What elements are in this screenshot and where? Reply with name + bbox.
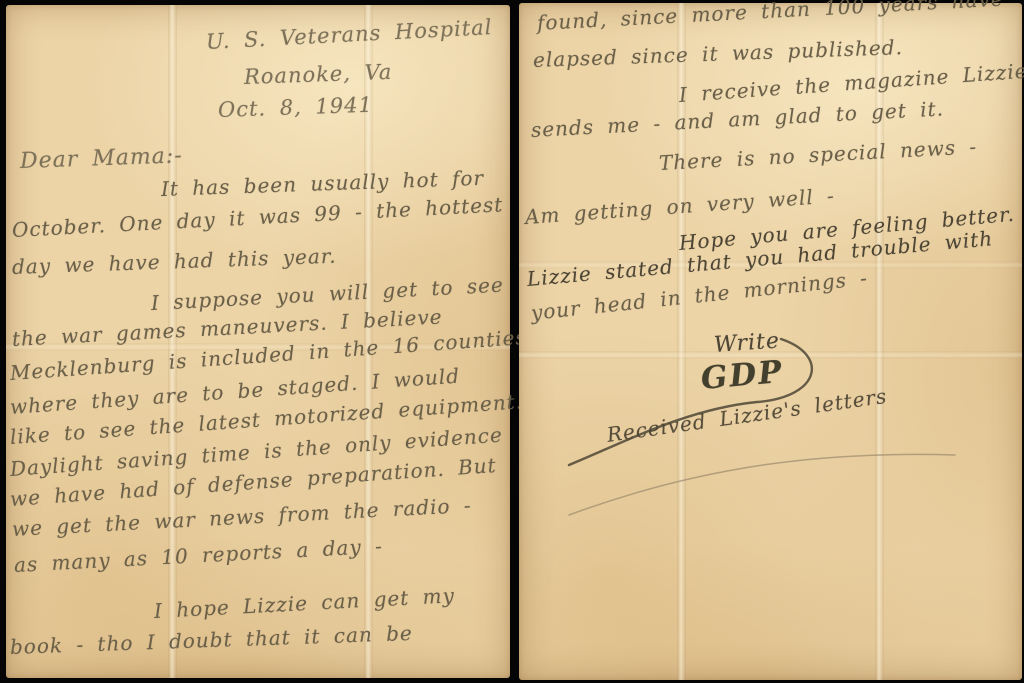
letter-line: There is no special news - bbox=[658, 134, 977, 175]
pencil-curve bbox=[569, 454, 955, 515]
letter-closing: Write bbox=[713, 328, 781, 358]
letter-line: October. One day it was 99 - the hottest bbox=[11, 192, 503, 242]
letter-line: as many as 10 reports a day - bbox=[13, 534, 383, 577]
letter-line: day we have had this year. bbox=[12, 244, 337, 279]
letter-line: elapsed since it was published. bbox=[533, 35, 904, 72]
pencil-annotation: Received Lizzie's letters bbox=[605, 384, 888, 447]
letter-page-2: found, since more than 100 years have el… bbox=[519, 3, 1022, 680]
letterhead-city: Roanoke, Va bbox=[244, 60, 393, 89]
signature: GDP bbox=[699, 354, 784, 397]
letter-line: I receive the magazine Lizzie bbox=[678, 59, 1024, 107]
letter-line: sends me - and am glad to get it. bbox=[530, 96, 944, 142]
letterhead-hospital: U. S. Veterans Hospital bbox=[205, 15, 493, 54]
letter-line: I suppose you will get to see bbox=[150, 273, 504, 315]
letter-date: Oct. 8, 1941 bbox=[218, 93, 374, 122]
letter-page-1: U. S. Veterans Hospital Roanoke, Va Oct.… bbox=[6, 5, 510, 678]
letter-line: I hope Lizzie can get my bbox=[153, 583, 455, 623]
letter-line: book - tho I doubt that it can be bbox=[10, 621, 414, 659]
salutation: Dear Mama:- bbox=[20, 143, 184, 174]
letter-line: found, since more than 100 years have bbox=[536, 0, 1004, 35]
scanned-letter: U. S. Veterans Hospital Roanoke, Va Oct.… bbox=[0, 0, 1024, 683]
